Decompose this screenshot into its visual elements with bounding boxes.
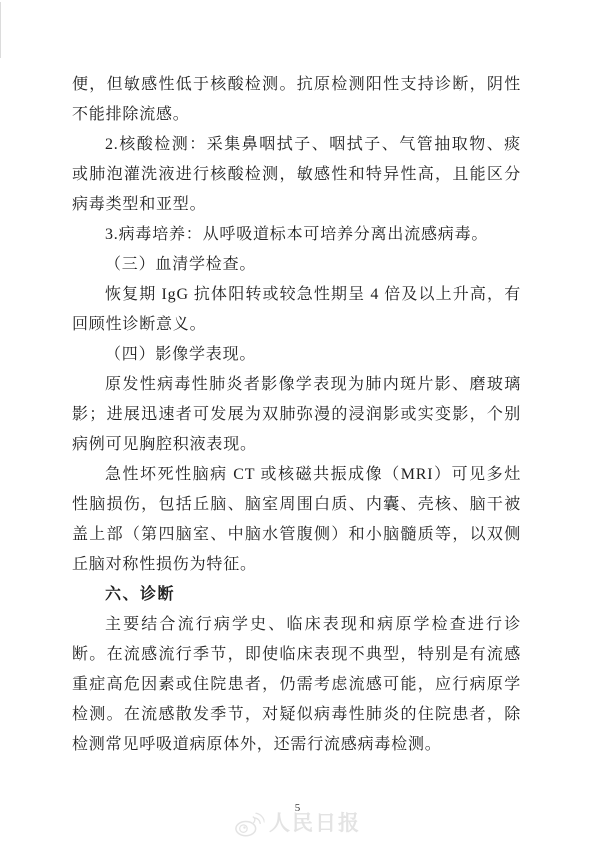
- watermark-label: 人民日报: [269, 811, 361, 837]
- subheading-imaging: （四）影像学表现。: [72, 340, 521, 370]
- paragraph-virus-culture: 3.病毒培养：从呼吸道标本可培养分离出流感病毒。: [72, 220, 521, 250]
- document-body: 便，但敏感性低于核酸检测。抗原检测阳性支持诊断，阴性不能排除流感。 2.核酸检测…: [72, 70, 521, 760]
- weibo-logo-icon: [234, 810, 264, 837]
- paragraph-continuation: 便，但敏感性低于核酸检测。抗原检测阳性支持诊断，阴性不能排除流感。: [72, 70, 521, 130]
- paragraph-nucleic-acid-test: 2.核酸检测：采集鼻咽拭子、咽拭子、气管抽取物、痰或肺泡灌洗液进行核酸检测，敏感…: [72, 130, 521, 220]
- section-heading-diagnosis: 六、诊断: [72, 580, 521, 610]
- paragraph-serology-detail: 恢复期 IgG 抗体阳转或较急性期呈 4 倍及以上升高，有回顾性诊断意义。: [72, 280, 521, 340]
- subheading-serology: （三）血清学检查。: [72, 250, 521, 280]
- document-page: 便，但敏感性低于核酸检测。抗原检测阳性支持诊断，阴性不能排除流感。 2.核酸检测…: [0, 0, 595, 841]
- watermark: 人民日报: [234, 810, 361, 837]
- paragraph-imaging-pneumonia: 原发性病毒性肺炎者影像学表现为肺内斑片影、磨玻璃影；进展迅速者可发展为双肺弥漫的…: [72, 370, 521, 460]
- paragraph-imaging-encephalopathy: 急性坏死性脑病 CT 或核磁共振成像（MRI）可见多灶性脑损伤，包括丘脑、脑室周…: [72, 460, 521, 580]
- paragraph-diagnosis-detail: 主要结合流行病学史、临床表现和病原学检查进行诊断。在流感流行季节，即使临床表现不…: [72, 610, 521, 760]
- scan-edge-artifact: [0, 2, 1, 58]
